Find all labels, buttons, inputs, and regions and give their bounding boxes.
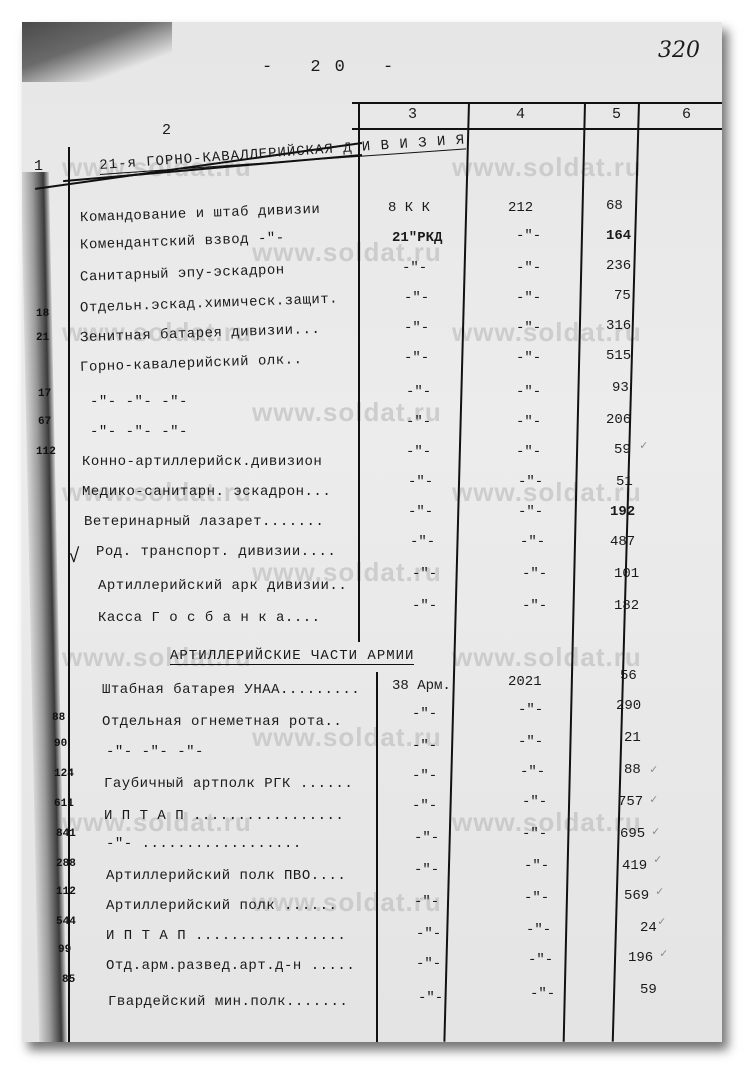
column-divider — [443, 102, 469, 1042]
margin-number: 841 — [56, 828, 76, 840]
column-header-3: 3 — [408, 106, 417, 123]
row-label: Медико-санитарн. эскадрон... — [82, 484, 331, 500]
row-col5: 68 — [606, 198, 623, 214]
row-label: Санитарный эпу-эскадрон — [80, 262, 285, 285]
row-label: Отдельная огнеметная рота.. — [102, 714, 342, 730]
row-col3: -"- — [408, 474, 433, 490]
row-col3: -"- — [410, 534, 435, 550]
row-col4: -"- — [518, 734, 543, 750]
row-col4: -"- — [524, 858, 549, 874]
section-title-artillery: АРТИЛЛЕРИЙСКИЕ ЧАСТИ АРМИИ — [170, 648, 414, 665]
row-col4: -"- — [516, 350, 541, 366]
margin-number: 21 — [36, 332, 49, 344]
row-label: Отдельн.эскад.химическ.защит. — [80, 292, 339, 317]
row-col4: -"- — [520, 764, 545, 780]
row-label: -"- .................. — [106, 836, 302, 852]
row-col5: 21 — [624, 730, 641, 746]
column-divider — [563, 102, 586, 1042]
header-bottom-border — [352, 128, 722, 130]
check-mark-icon: ✓ — [658, 914, 665, 929]
margin-number: 611 — [54, 798, 74, 810]
row-label: -"- -"- -"- — [90, 424, 188, 440]
row-label: Гаубичный артполк РГК ...... — [104, 776, 353, 792]
margin-number: 112 — [36, 446, 56, 458]
check-mark-icon: ✓ — [650, 762, 657, 777]
row-col4: -"- — [522, 826, 547, 842]
row-col4: -"- — [518, 702, 543, 718]
row-col5: 93 — [612, 380, 629, 396]
column-header-5: 5 — [612, 106, 621, 123]
row-col5: 75 — [614, 288, 631, 304]
row-col4: -"- — [516, 290, 541, 306]
row-col5: 196 — [628, 950, 653, 966]
row-col3: -"- — [416, 956, 441, 972]
margin-number: 124 — [54, 768, 74, 780]
row-col3: -"- — [412, 738, 437, 754]
check-mark-icon: ✓ — [650, 792, 657, 807]
margin-number: 67 — [38, 416, 51, 428]
row-col4: -"- — [526, 922, 551, 938]
row-col3: -"- — [412, 566, 437, 582]
row-col4: -"- — [516, 260, 541, 276]
row-col3: -"- — [404, 320, 429, 336]
margin-number: 288 — [56, 858, 76, 870]
row-col4: -"- — [518, 504, 543, 520]
row-label: И П Т А П ................. — [106, 928, 346, 944]
row-col4: -"- — [516, 228, 541, 244]
row-label: Артиллерийский полк ПВО.... — [106, 868, 346, 884]
row-label: -"- -"- -"- — [106, 744, 204, 760]
row-col4: -"- — [516, 320, 541, 336]
column-divider — [358, 102, 360, 642]
row-col4: -"- — [518, 474, 543, 490]
row-col5: 419 — [622, 858, 647, 874]
column-header-2: 2 — [162, 122, 171, 139]
document-page: www.soldat.ru www.soldat.ru www.soldat.r… — [22, 22, 722, 1042]
row-label: Отд.арм.развед.арт.д-н ..... — [106, 958, 355, 974]
row-col3: -"- — [412, 768, 437, 784]
row-col3: -"- — [414, 862, 439, 878]
row-col4: -"- — [530, 986, 555, 1002]
row-col4: -"- — [522, 566, 547, 582]
row-col4: -"- — [520, 534, 545, 550]
row-col5: 164 — [606, 228, 631, 244]
archive-number: 320 — [658, 38, 700, 63]
row-col5: 569 — [624, 888, 649, 904]
row-col3: -"- — [404, 290, 429, 306]
row-col5: 59 — [614, 442, 631, 458]
check-mark-icon: ✓ — [656, 884, 663, 899]
row-col5: 515 — [606, 348, 631, 364]
row-col5: 316 — [606, 318, 631, 334]
row-col5: 24 — [640, 920, 657, 936]
row-col3: 21"РКД — [392, 230, 442, 246]
row-col5: 182 — [614, 598, 639, 614]
margin-number: 90 — [54, 738, 67, 750]
row-col3: -"- — [406, 444, 431, 460]
margin-number: 85 — [62, 974, 75, 986]
margin-check: √ — [68, 546, 80, 569]
column-divider — [68, 147, 70, 1042]
column-divider — [376, 672, 378, 1042]
row-col3: -"- — [404, 350, 429, 366]
row-col3: -"- — [412, 598, 437, 614]
row-col4: -"- — [516, 444, 541, 460]
row-col4: 2021 — [508, 674, 542, 690]
row-col5: 487 — [610, 534, 635, 550]
row-col3: -"- — [412, 706, 437, 722]
row-col5: 88 — [624, 762, 641, 778]
row-label: Артиллерийский полк ...... — [106, 898, 337, 914]
margin-number: 112 — [56, 886, 76, 898]
row-col5: 59 — [640, 982, 657, 998]
row-col3: -"- — [406, 384, 431, 400]
row-col5: 51 — [616, 474, 633, 490]
row-label: Ветеринарный лазарет....... — [84, 514, 324, 530]
row-col3: 38 Арм. — [392, 678, 451, 694]
section-title-division: 21-я ГОРНО-КАВАЛЛЕРИЙСКАЯ Д И В И З И Я — [99, 132, 466, 175]
margin-number: 17 — [38, 388, 51, 400]
margin-number: 18 — [36, 308, 49, 320]
row-col4: -"- — [524, 890, 549, 906]
row-col5: 236 — [606, 258, 631, 274]
row-col5: 56 — [620, 668, 637, 684]
column-header-4: 4 — [516, 106, 525, 123]
row-col4: -"- — [516, 414, 541, 430]
row-col5: 757 — [618, 794, 643, 810]
check-mark-icon: ✓ — [640, 438, 647, 453]
table-top-border — [352, 102, 722, 104]
check-mark-icon: ✓ — [660, 946, 667, 961]
row-col5: 192 — [610, 504, 635, 520]
row-col3: -"- — [412, 798, 437, 814]
column-header-1: 1 — [34, 158, 43, 175]
page-shadow-corner — [22, 22, 172, 82]
row-col4: -"- — [522, 794, 547, 810]
row-col3: -"- — [414, 830, 439, 846]
row-col5: 206 — [606, 412, 631, 428]
row-col3: -"- — [414, 894, 439, 910]
check-mark-icon: ✓ — [652, 824, 659, 839]
row-col3: -"- — [406, 414, 431, 430]
row-col5: 290 — [616, 698, 641, 714]
row-label: Штабная батарея УНАА......... — [102, 682, 360, 698]
margin-number: 88 — [52, 712, 65, 724]
row-label: -"- -"- -"- — [90, 394, 188, 410]
row-col4: 212 — [508, 200, 533, 216]
watermark: www.soldat.ru — [452, 642, 642, 673]
check-mark-icon: ✓ — [654, 852, 661, 867]
row-col3: -"- — [408, 504, 433, 520]
row-col4: -"- — [528, 952, 553, 968]
row-col3: 8 К К — [388, 200, 430, 216]
row-col4: -"- — [516, 384, 541, 400]
row-col4: -"- — [522, 598, 547, 614]
binding-spine — [22, 172, 67, 1042]
row-label: Касса Г о с б а н к а.... — [98, 610, 321, 626]
column-header-6: 6 — [682, 106, 691, 123]
row-label: Артиллерийский арк дивизии.. — [98, 578, 347, 594]
row-label: Горно-кавалерийский олк.. — [80, 352, 303, 376]
row-col3: -"- — [402, 260, 427, 276]
margin-number: 99 — [58, 944, 71, 956]
row-col5: 695 — [620, 826, 645, 842]
margin-number: 544 — [56, 916, 76, 928]
row-label: Командование и штаб дивизии — [80, 202, 321, 226]
row-label: Гвардейский мин.полк....... — [108, 994, 348, 1010]
watermark: www.soldat.ru — [452, 152, 642, 183]
row-label: Конно-артиллерийск.дивизион — [82, 454, 322, 470]
row-col3: -"- — [416, 926, 441, 942]
page-number: - 20 - — [262, 58, 407, 77]
row-label: И П Т А П ................. — [104, 808, 344, 824]
row-col5: 101 — [614, 566, 639, 582]
row-label: Род. транспорт. дивизии.... — [96, 544, 336, 560]
row-col3: -"- — [418, 990, 443, 1006]
